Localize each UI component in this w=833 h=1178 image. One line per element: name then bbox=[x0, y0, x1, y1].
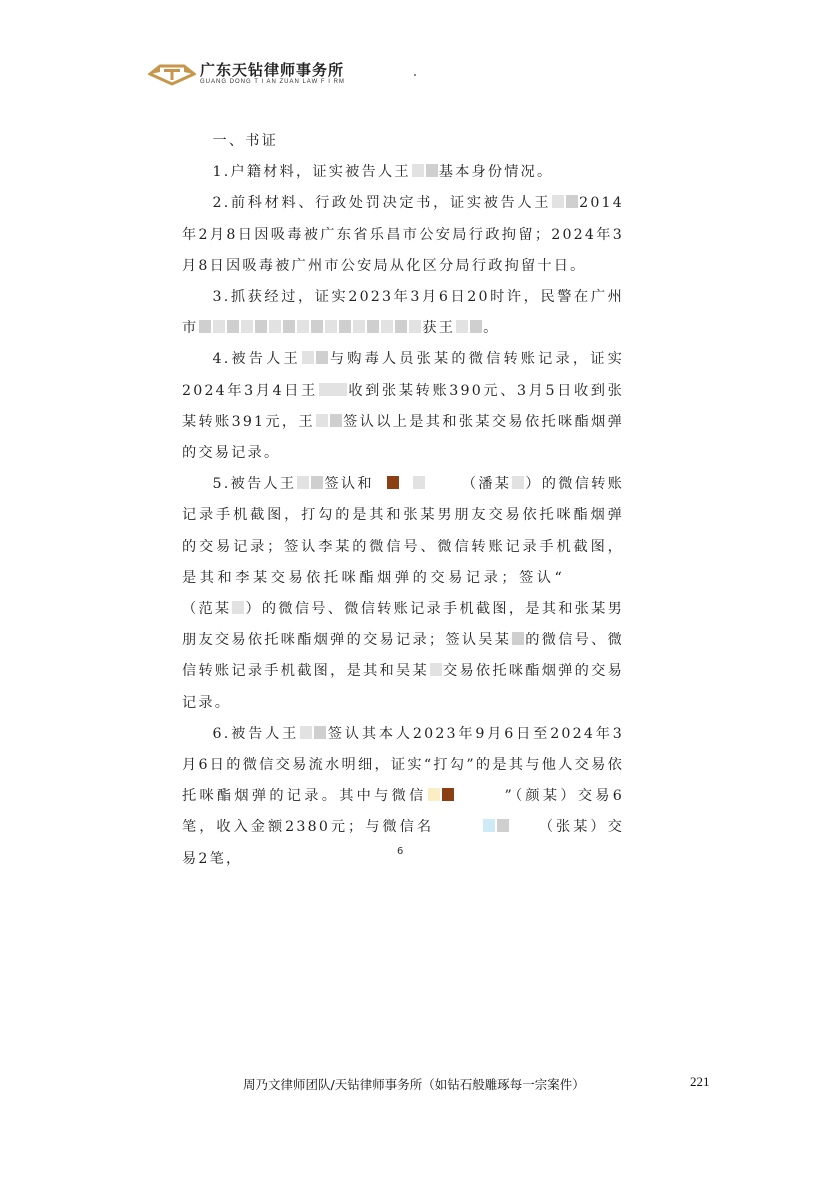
redaction bbox=[428, 788, 440, 801]
stray-mark bbox=[414, 74, 416, 76]
redaction bbox=[300, 726, 312, 739]
redaction bbox=[297, 476, 309, 489]
redaction bbox=[512, 632, 524, 645]
page-header: 广东天钻律师事务所 GUANG DONG T I AN ZUAN LAW F I… bbox=[148, 62, 345, 86]
redaction bbox=[316, 351, 328, 364]
footer-page-number: 221 bbox=[690, 1074, 710, 1090]
redaction bbox=[442, 788, 454, 801]
document-body: 一、书证 1.户籍材料，证实被告人王基本身份情况。 2.前科材料、行政处罚决定书… bbox=[182, 126, 624, 875]
redaction bbox=[456, 320, 468, 333]
redaction bbox=[255, 320, 267, 333]
paragraph-4: 4.被告人王与购毒人员张某的微信转账记录，证实2024年3月4日王收到张某转账3… bbox=[182, 344, 624, 469]
redaction bbox=[325, 320, 337, 333]
redaction bbox=[387, 476, 399, 489]
redaction bbox=[409, 320, 421, 333]
redaction bbox=[213, 320, 225, 333]
firm-name-en: GUANG DONG T I AN ZUAN LAW F I RM bbox=[200, 79, 345, 85]
redaction bbox=[283, 320, 295, 333]
redaction bbox=[330, 414, 342, 427]
redaction bbox=[483, 819, 495, 832]
redaction bbox=[512, 476, 524, 489]
firm-name-cn: 广东天钻律师事务所 bbox=[200, 63, 345, 78]
redaction bbox=[297, 320, 309, 333]
redaction bbox=[412, 164, 424, 177]
paragraph-3: 3.抓获经过，证实2023年3月6日20时许，民警在广州市获王。 bbox=[182, 282, 624, 344]
redaction bbox=[413, 476, 425, 489]
redaction bbox=[241, 320, 253, 333]
redaction bbox=[311, 320, 323, 333]
redaction bbox=[395, 320, 407, 333]
footer-text: 周乃文律师团队/天钻律师事务所（如钻石般雕琢每一宗案件） bbox=[243, 1075, 585, 1093]
redaction bbox=[566, 195, 578, 208]
redaction bbox=[199, 320, 211, 333]
redaction bbox=[269, 320, 281, 333]
redaction bbox=[497, 819, 509, 832]
firm-brand: 广东天钻律师事务所 GUANG DONG T I AN ZUAN LAW F I… bbox=[200, 63, 345, 85]
redaction bbox=[426, 164, 438, 177]
redaction bbox=[353, 320, 365, 333]
diamond-t-logo-icon bbox=[148, 62, 196, 86]
paragraph-5: 5.被告人王签认和（潘某）的微信转账记录手机截图，打勾的是其和张某男朋友交易依托… bbox=[182, 469, 624, 719]
redaction bbox=[316, 414, 328, 427]
paragraph-2: 2.前科材料、行政处罚决定书，证实被告人王2014年2月8日因吸毒被广东省乐昌市… bbox=[182, 188, 624, 282]
redaction bbox=[302, 351, 314, 364]
section-title: 一、书证 bbox=[182, 126, 624, 157]
redaction bbox=[367, 320, 379, 333]
redaction bbox=[430, 663, 442, 676]
redaction bbox=[552, 195, 564, 208]
paragraph-1: 1.户籍材料，证实被告人王基本身份情况。 bbox=[182, 157, 624, 188]
redaction bbox=[319, 383, 347, 396]
redaction bbox=[232, 601, 244, 614]
redaction bbox=[314, 726, 326, 739]
redaction bbox=[381, 320, 393, 333]
redaction bbox=[227, 320, 239, 333]
inner-page-number: 6 bbox=[397, 846, 403, 857]
redaction bbox=[311, 476, 323, 489]
redaction bbox=[470, 320, 482, 333]
redaction bbox=[339, 320, 351, 333]
